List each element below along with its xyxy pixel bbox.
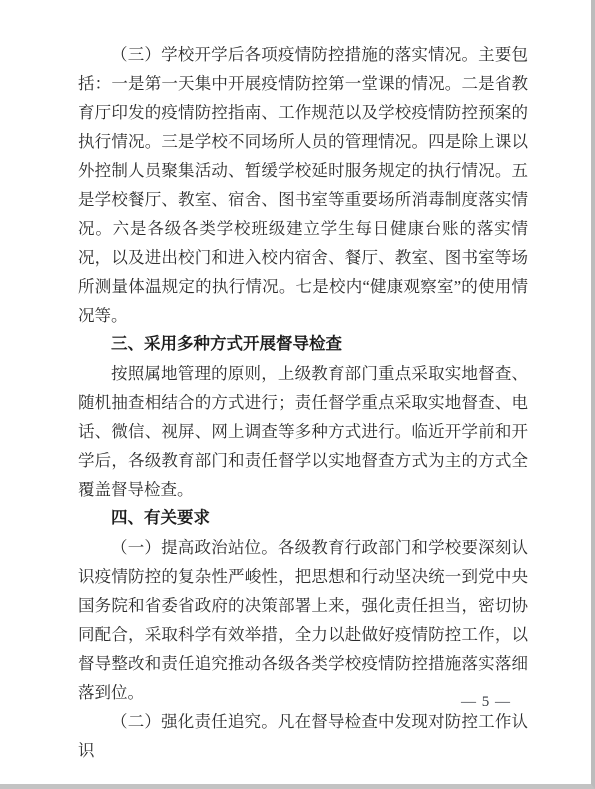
page-number: — 5 — <box>461 694 511 711</box>
document-body: （三）学校开学后各项疫情防控措施的落实情况。主要包括：一是第一天集中开展疫情防控… <box>78 40 528 765</box>
section-heading: 四、有关要求 <box>78 504 528 533</box>
section-heading: 三、采用多种方式开展督导检查 <box>78 330 528 359</box>
document-paragraph: 按照属地管理的原则，上级教育部门重点采取实地督查、随机抽查相结合的方式进行；责任… <box>78 359 528 504</box>
document-paragraph: （一）提高政治站位。各级教育行政部门和学校要深刻认识疫情防控的复杂性严峻性，把思… <box>78 533 528 707</box>
document-page: （三）学校开学后各项疫情防控措施的落实情况。主要包括：一是第一天集中开展疫情防控… <box>0 0 595 789</box>
document-paragraph: （三）学校开学后各项疫情防控措施的落实情况。主要包括：一是第一天集中开展疫情防控… <box>78 40 528 330</box>
document-paragraph: （二）强化责任追究。凡在督导检查中发现对防控工作认识 <box>78 707 528 765</box>
